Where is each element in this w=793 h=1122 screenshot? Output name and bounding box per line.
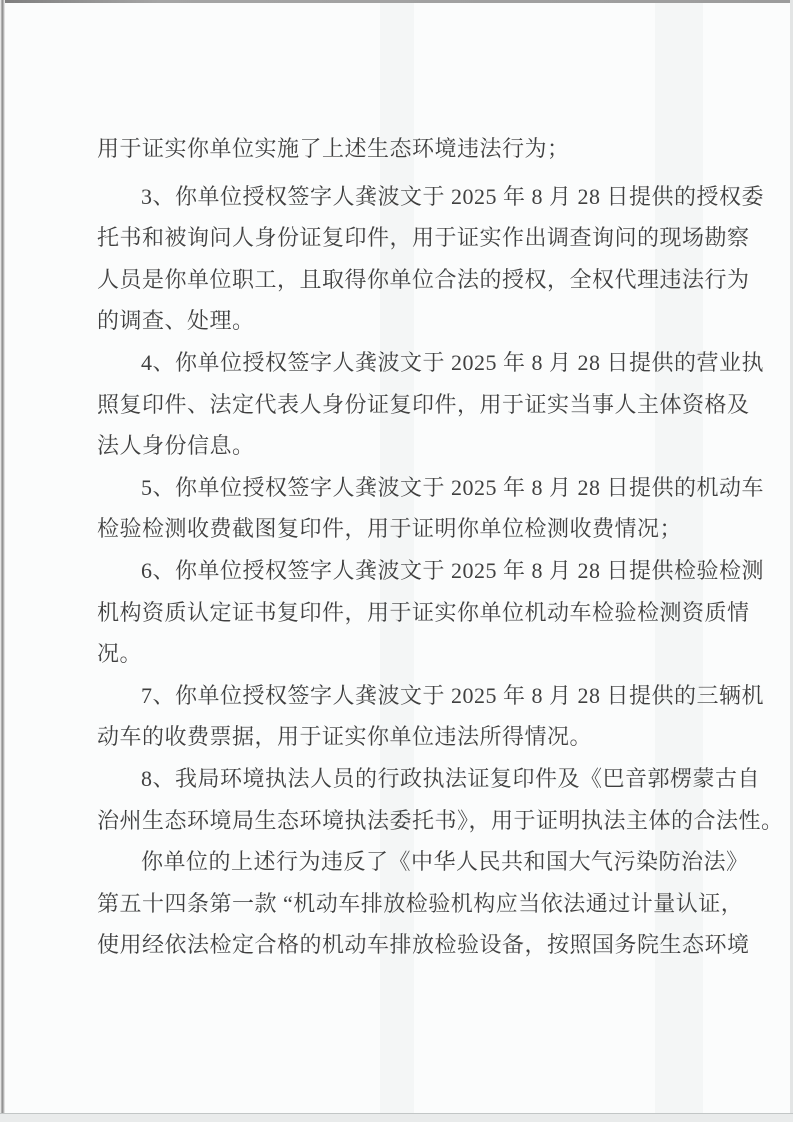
text-line: 托书和被询问人身份证复印件，用于证实作出调查询问的现场勘察 (97, 217, 705, 259)
text-line: 6、你单位授权签字人龚波文于 2025 年 8 月 28 日提供检验检测 (97, 550, 705, 592)
text-line: 法人身份信息。 (97, 425, 705, 467)
paragraph: 3、你单位授权签字人龚波文于 2025 年 8 月 28 日提供的授权委托书和被… (97, 176, 705, 342)
scan-edge-bottom (0, 1113, 793, 1122)
text-line: 机构资质认定证书复印件，用于证实你单位机动车检验检测资质情 (97, 592, 705, 634)
paragraph: 你单位的上述行为违反了《中华人民共和国大气污染防治法》第五十四条第一款 “机动车… (97, 841, 705, 966)
paragraph: 用于证实你单位实施了上述生态环境违法行为； (97, 128, 705, 170)
scan-edge-top (0, 0, 793, 3)
text-line: 4、你单位授权签字人龚波文于 2025 年 8 月 28 日提供的营业执 (97, 342, 705, 384)
page: 用于证实你单位实施了上述生态环境违法行为；3、你单位授权签字人龚波文于 2025… (0, 0, 793, 1122)
text-line: 使用经依法检定合格的机动车排放检验设备，按照国务院生态环境 (97, 924, 705, 966)
text-line: 检验检测收费截图复印件，用于证明你单位检测收费情况； (97, 508, 705, 550)
document-text: 用于证实你单位实施了上述生态环境违法行为；3、你单位授权签字人龚波文于 2025… (97, 128, 705, 966)
text-line: 照复印件、法定代表人身份证复印件，用于证实当事人主体资格及 (97, 384, 705, 426)
text-line: 的调查、处理。 (97, 300, 705, 342)
text-line: 动车的收费票据，用于证实你单位违法所得情况。 (97, 716, 705, 758)
paragraph: 8、我局环境执法人员的行政执法证复印件及《巴音郭楞蒙古自治州生态环境局生态环境执… (97, 758, 705, 841)
paragraph: 5、你单位授权签字人龚波文于 2025 年 8 月 28 日提供的机动车检验检测… (97, 467, 705, 550)
text-line: 人员是你单位职工，且取得你单位合法的授权，全权代理违法行为 (97, 259, 705, 301)
text-line: 第五十四条第一款 “机动车排放检验机构应当依法通过计量认证， (97, 883, 705, 925)
text-line: 5、你单位授权签字人龚波文于 2025 年 8 月 28 日提供的机动车 (97, 467, 705, 509)
text-line: 治州生态环境局生态环境执法委托书》，用于证明执法主体的合法性。 (97, 800, 705, 842)
paragraph: 7、你单位授权签字人龚波文于 2025 年 8 月 28 日提供的三辆机动车的收… (97, 675, 705, 758)
paragraph: 6、你单位授权签字人龚波文于 2025 年 8 月 28 日提供检验检测机构资质… (97, 550, 705, 675)
text-line: 用于证实你单位实施了上述生态环境违法行为； (97, 128, 705, 170)
text-line: 7、你单位授权签字人龚波文于 2025 年 8 月 28 日提供的三辆机 (97, 675, 705, 717)
paragraph: 4、你单位授权签字人龚波文于 2025 年 8 月 28 日提供的营业执照复印件… (97, 342, 705, 467)
text-line: 你单位的上述行为违反了《中华人民共和国大气污染防治法》 (97, 841, 705, 883)
scan-edge-left (0, 0, 5, 1122)
text-line: 8、我局环境执法人员的行政执法证复印件及《巴音郭楞蒙古自 (97, 758, 705, 800)
text-line: 3、你单位授权签字人龚波文于 2025 年 8 月 28 日提供的授权委 (97, 176, 705, 218)
text-line: 况。 (97, 633, 705, 675)
